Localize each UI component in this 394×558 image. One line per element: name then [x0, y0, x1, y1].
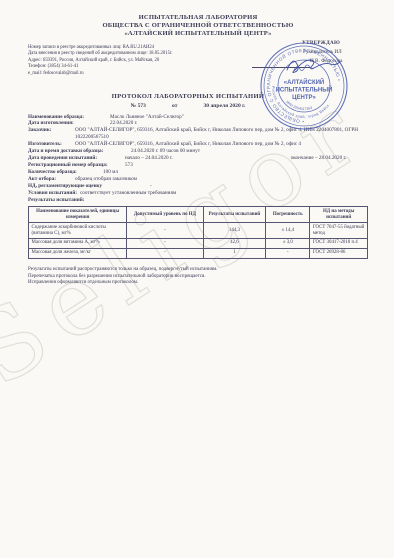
accreditation-info: Номер записи в реестре аккредитованных л… [28, 45, 258, 78]
field-value: 573 [125, 162, 368, 169]
col-header-indicator: Наименование показателей, единицы измере… [29, 207, 127, 223]
field-label: Условия испытаний: [28, 190, 80, 197]
allowed-level: - [127, 248, 203, 258]
field-delivery-datetime: Дата и время доставки образца: 24.04.202… [28, 148, 368, 155]
field-sample-quantity: Количество образца: 100 мл [28, 169, 368, 176]
lab-email: e_mail: fedosovalab@mail.ru [28, 71, 258, 78]
field-value: образец отобран заказчиком [75, 176, 368, 183]
field-label: Дата проведения испытаний: [28, 155, 125, 162]
test-result: 144,3 [203, 223, 266, 239]
stamp-inn-text: ИНН 2204017363 [285, 100, 313, 111]
accreditation-registry-number: Номер записи в реестре аккредитованных л… [28, 45, 258, 52]
table-row: Массовая доля железа, мг/кг - 1 - ГОСТ 2… [29, 248, 368, 258]
field-sampling-act: Акт отбора: образец отобран заказчиком [28, 176, 368, 183]
indicator-name: Массовая доля витамина А, мг% [29, 238, 127, 248]
test-method: ГОСТ 26928-86 [310, 248, 368, 258]
test-start-date: начало – 24.04.2020 г. [125, 155, 173, 162]
field-registration-number: Регистрационный номер образца: 573 [28, 162, 368, 169]
lab-header-line3: «АЛТАЙСКИЙ ИСПЫТАТЕЛЬНЫЙ ЦЕНТР» [28, 30, 368, 38]
field-label: Количество образца: [28, 169, 103, 176]
indicator-name: Массовая доля железа, мг/кг [29, 248, 127, 258]
test-method: ГОСТ 7047-55 йодатный метод [310, 223, 368, 239]
stamp-center-line1: «АЛТАЙСКИЙ [284, 78, 325, 86]
error-margin: ± 3,0 [266, 238, 310, 248]
field-value: - [150, 183, 368, 190]
note-reprint: Перепечатка протокола без разрешения исп… [28, 274, 368, 281]
allowed-level: - [127, 238, 203, 248]
stamp-center-line3: ЦЕНТР» [292, 95, 316, 101]
field-label: Наименование образца: [28, 114, 110, 121]
test-result: 1 [203, 248, 266, 258]
lab-phone: Телефон: (3854) 34-61-41 [28, 64, 258, 71]
field-label: Акт отбора: [28, 176, 75, 183]
results-table: Наименование показателей, единицы измере… [28, 206, 368, 258]
lab-header-line1: ИСПЫТАТЕЛЬНАЯ ЛАБОРАТОРИЯ [28, 14, 368, 22]
error-margin: - [266, 248, 310, 258]
field-label: НД, регламентирующие оценку [28, 183, 150, 190]
field-nd-rating: НД, регламентирующие оценку - [28, 183, 368, 190]
field-label: Регистрационный номер образца: [28, 162, 125, 169]
protocol-date: 30 апреля 2020 г. [203, 103, 245, 109]
table-row: Массовая доля витамина А, мг% - 42,6 ± 3… [29, 238, 368, 248]
lab-header: ИСПЫТАТЕЛЬНАЯ ЛАБОРАТОРИЯ ОБЩЕСТВА С ОГР… [28, 14, 368, 39]
lab-address: Адрес: 659391, Россия, Алтайский край, г… [28, 58, 258, 65]
note-scope: Результаты испытаний распространяются то… [28, 267, 368, 274]
field-label: Заказчик: [28, 127, 75, 134]
error-margin: ± 14,4 [266, 223, 310, 239]
col-header-results: Результаты испытаний [203, 207, 266, 223]
field-test-conditions: Условия испытаний: соответствует установ… [28, 190, 368, 197]
field-value: 24.04.2020 г. 09 часов 00 минут [131, 148, 368, 155]
col-header-allowed-level: Допустимый уровень по НД [127, 207, 203, 223]
test-result: 42,6 [203, 238, 266, 248]
footer-notes: Результаты испытаний распространяются то… [28, 267, 368, 287]
svg-text:ИНН 2204017363: ИНН 2204017363 [285, 100, 313, 111]
protocol-from-label: от [172, 103, 177, 109]
protocol-number: № 573 [131, 103, 146, 109]
signature [283, 52, 343, 78]
test-method: ГОСТ 30417-2018 п.4 [310, 238, 368, 248]
col-header-method: НД на методы испытаний [310, 207, 368, 223]
field-test-dates: Дата проведения испытаний: начало – 24.0… [28, 155, 368, 162]
note-corrections: Исправления оформляются отдельным проток… [28, 280, 368, 287]
indicator-name: Содержание аскорбиновой кислоты (витамин… [29, 223, 127, 239]
field-value: ООО "АЛТАЙ-СЕЛИГОР", 659316, Алтайский к… [75, 141, 368, 148]
results-section-label: Результаты испытаний: [28, 197, 368, 204]
field-label: Дата и время доставки образца: [28, 148, 131, 155]
allowed-level: - [127, 223, 203, 239]
test-end-date: окончание – 28.04.2020 г. [291, 155, 347, 162]
stamp-center-line2: ИСПЫТАТЕЛЬНЫЙ [276, 86, 333, 94]
field-value: соответствует установленным требованиям [80, 190, 368, 197]
field-value: 100 мл [103, 169, 368, 176]
results-table-header-row: Наименование показателей, единицы измере… [29, 207, 368, 223]
document-page: Seligor УТВЕРЖДАЮ Руководитель ИЛ Н.В. Ф… [0, 0, 394, 558]
table-row: Содержание аскорбиновой кислоты (витамин… [29, 223, 368, 239]
col-header-error: Погрешность [266, 207, 310, 223]
accreditation-registry-date: Дата внесения в реестр сведений об аккре… [28, 51, 258, 58]
